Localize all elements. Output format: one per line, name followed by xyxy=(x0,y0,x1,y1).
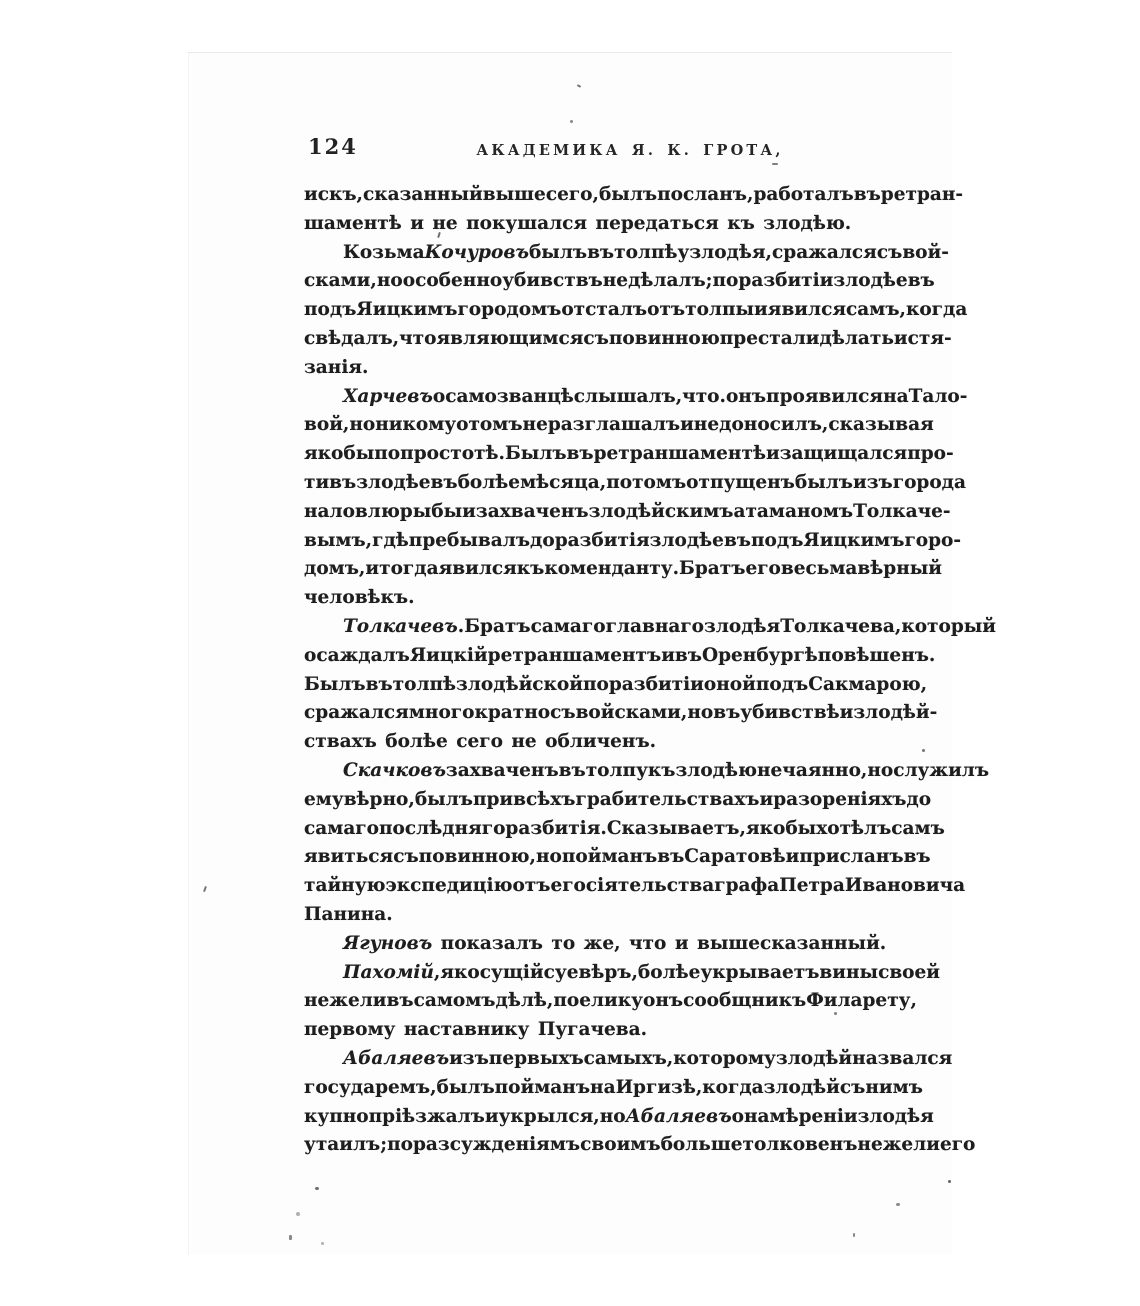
scan-speck xyxy=(922,749,925,752)
text-line: нежеливъсамомъдѣлѣ,поеликуонъсообщникъФи… xyxy=(304,987,906,1016)
word: самыхъ, xyxy=(584,1045,674,1074)
word: Сказываетъ, xyxy=(607,815,746,844)
word: особенно xyxy=(403,267,502,296)
word: покушался xyxy=(466,213,587,234)
text-line: ствахъ болѣе сего не обличенъ. xyxy=(304,728,906,757)
text-line: якобыпопростотѣ.Былъвъретраншаментѣизащи… xyxy=(304,440,906,469)
word: своей xyxy=(878,959,940,988)
scan-speck xyxy=(203,886,207,892)
word: его xyxy=(745,555,780,584)
word: послѣдняго xyxy=(379,815,505,844)
word: толпѣ xyxy=(614,239,677,268)
word: у xyxy=(678,239,690,268)
word: Козьма xyxy=(343,239,425,268)
text-line: Харчевъосамозванцѣслышалъ,что.онъпроявил… xyxy=(304,383,906,412)
word: ретран- xyxy=(881,181,963,210)
word: и xyxy=(485,1103,499,1132)
word: не xyxy=(694,411,719,440)
word: всѣхъ xyxy=(513,786,575,815)
word: былъ xyxy=(599,181,657,210)
word: въ xyxy=(567,440,594,469)
word: разбитія xyxy=(555,527,650,556)
word: Абаляевъ xyxy=(343,1045,449,1074)
word: съ xyxy=(877,239,902,268)
paragraph: КозьмаКочуровъбылъвътолпѣузлодѣя,сражалс… xyxy=(304,239,906,383)
word: явился xyxy=(768,296,846,325)
text-line: искъ,сказанныйвышесего,былъпосланъ,работ… xyxy=(304,181,906,210)
word: проявился xyxy=(766,383,883,412)
word: искъ, xyxy=(304,181,363,210)
word: защищался xyxy=(780,440,908,469)
word: сказанный xyxy=(363,181,483,210)
word: Скачковъ xyxy=(343,757,446,786)
word: намѣреніи xyxy=(744,1103,858,1132)
text-line: БылъвътолпѣзлодѣйскойпоразбитіионойподъС… xyxy=(304,671,906,700)
word: злодѣевъ xyxy=(356,469,457,498)
word: Кочуровъ xyxy=(425,239,529,268)
word: въ xyxy=(657,843,684,872)
word: поелику xyxy=(553,987,643,1016)
word: въ xyxy=(675,642,702,671)
word: Пахомій, xyxy=(343,959,440,988)
scan-speck xyxy=(948,1180,951,1183)
scanned-book-page: 124 АКАДЕМИКА Я. К. ГРОТА, искъ,сказанны… xyxy=(0,0,1140,1306)
word: толпѣ xyxy=(393,671,456,700)
word: отпущенъ xyxy=(686,469,795,498)
word: нежели xyxy=(304,987,387,1016)
word: Абаляевъ xyxy=(626,1103,732,1132)
text-block: искъ,сказанныйвышесего,былъпосланъ,работ… xyxy=(304,181,906,1160)
word: болѣе xyxy=(385,731,448,752)
word: Былъ xyxy=(304,671,366,700)
word: въ xyxy=(713,699,740,728)
word: злодѣевъ xyxy=(833,267,934,296)
text-line: подъЯицкимъгородомъотсталъотътолпыиявилс… xyxy=(304,296,906,325)
word: отсталъ xyxy=(561,296,647,325)
text-line: вымъ,гдѣпребывалъдоразбитіязлодѣевъподъЯ… xyxy=(304,527,906,556)
word: но xyxy=(536,843,562,872)
word: явиться xyxy=(304,843,393,872)
word: Сакмарою, xyxy=(808,671,927,700)
word: что xyxy=(629,933,666,954)
word: самаго xyxy=(531,613,606,642)
word: по xyxy=(387,1131,413,1160)
word: пребывалъ xyxy=(409,527,530,556)
word: съ xyxy=(583,325,608,354)
word: Филарету, xyxy=(806,987,917,1016)
paragraph: Толкачевъ.БратъсамагоглавнагозлодѣяТолка… xyxy=(304,613,906,757)
word: города xyxy=(893,469,966,498)
word: слышалъ, xyxy=(574,383,682,412)
word: вой, xyxy=(304,411,349,440)
scan-speck xyxy=(577,84,581,88)
word: не xyxy=(511,731,536,752)
word: ему xyxy=(304,786,344,815)
word: пойманъ xyxy=(495,1074,590,1103)
word: злодѣю. xyxy=(763,213,851,234)
word: Саратовѣ xyxy=(684,843,785,872)
word: купно xyxy=(304,1103,369,1132)
word: пріѣзжалъ xyxy=(369,1103,485,1132)
word: самомъ xyxy=(414,987,496,1016)
word: убивствѣ xyxy=(740,699,839,728)
word: вышесказанный. xyxy=(697,933,886,954)
word: присланъ xyxy=(799,843,903,872)
text-line: домъ,итогдаявилсякъкоменданту.Братъегове… xyxy=(304,555,906,584)
word: нимъ xyxy=(865,1074,923,1103)
text-line: первому наставнику Пугачева. xyxy=(304,1016,906,1045)
word: Яицкимъ xyxy=(356,296,457,325)
word: мѣсяца, xyxy=(520,469,606,498)
word: сіятельства xyxy=(586,872,714,901)
word: ловлю xyxy=(330,498,400,527)
word: Петра xyxy=(779,872,845,901)
text-line: человѣкъ. xyxy=(304,584,906,613)
scan-speck xyxy=(834,1012,837,1015)
word: экспедицію xyxy=(386,872,513,901)
word: служилъ xyxy=(893,757,989,786)
word: разореніяхъ xyxy=(773,786,906,815)
word: государемъ, xyxy=(304,1074,437,1103)
text-line: сражалсямногократносъвойсками,новъубивст… xyxy=(304,699,906,728)
paragraph: Абаляевъизъпервыхъсамыхъ,которомузлодѣйн… xyxy=(304,1045,906,1160)
word: съ xyxy=(393,843,418,872)
word: и xyxy=(840,699,854,728)
word: которому xyxy=(673,1045,776,1074)
word: Иргизѣ, xyxy=(616,1074,703,1103)
word: вой- xyxy=(902,239,949,268)
word: ствахъ xyxy=(304,731,377,752)
word: и xyxy=(754,296,768,325)
word: былъ xyxy=(529,239,587,268)
word: хотѣлъ xyxy=(816,815,891,844)
word: Ивановича xyxy=(845,872,965,901)
paragraph: Скачковъзахваченъвътолпукъзлодѣюнечаянно… xyxy=(304,757,906,930)
word: былъ xyxy=(795,469,853,498)
word: показалъ xyxy=(441,933,543,954)
word: толпу xyxy=(586,757,648,786)
word: и xyxy=(410,213,424,234)
word: до xyxy=(906,786,931,815)
word: по xyxy=(374,440,400,469)
word: человѣкъ. xyxy=(304,587,415,608)
word: коменданту. xyxy=(544,555,679,584)
word: ретраншаментѣ xyxy=(594,440,766,469)
word: на xyxy=(883,383,909,412)
word: онъ xyxy=(726,383,766,412)
word: своимъ xyxy=(580,1131,660,1160)
word: якобы xyxy=(746,815,816,844)
word: первыхъ xyxy=(489,1045,584,1074)
word: не xyxy=(603,267,628,296)
word: съ xyxy=(550,699,575,728)
word: подъ xyxy=(756,671,808,700)
text-line: самагопослѣднягоразбитія.Сказываетъ,якоб… xyxy=(304,815,906,844)
word: Толкачева, xyxy=(780,613,901,642)
word: злодѣю xyxy=(675,757,757,786)
text-line: Толкачевъ.БратъсамагоглавнагозлодѣяТолка… xyxy=(304,613,906,642)
word: же, xyxy=(584,933,621,954)
word: больше xyxy=(661,1131,743,1160)
word: съ xyxy=(840,1074,865,1103)
word: къ xyxy=(648,757,676,786)
word: передаться xyxy=(596,213,719,234)
word: яко xyxy=(440,959,479,988)
word: до xyxy=(530,527,555,556)
word: но xyxy=(349,411,375,440)
word: сущій xyxy=(480,959,544,988)
word: и xyxy=(759,786,773,815)
word: отъ xyxy=(647,296,685,325)
word: нечаянно, xyxy=(757,757,867,786)
word: вѣрно, xyxy=(344,786,415,815)
word: самозванцѣ xyxy=(445,383,574,412)
word: вымъ, xyxy=(304,527,372,556)
scan-speck xyxy=(772,163,778,165)
word: сражался xyxy=(772,239,877,268)
word: подъ xyxy=(751,527,803,556)
word: сего, xyxy=(546,181,599,210)
word: наставнику xyxy=(404,1019,530,1040)
text-line: явитьсясъповинною,нопойманъвъСаратовѣипр… xyxy=(304,843,906,872)
word: обличенъ. xyxy=(545,731,656,752)
word: что xyxy=(399,325,436,354)
running-head: АКАДЕМИКА Я. К. ГРОТА, xyxy=(328,142,932,159)
word: отъ xyxy=(512,872,550,901)
word: утаилъ; xyxy=(304,1131,387,1160)
word: посланъ, xyxy=(657,181,753,210)
word: сказывая xyxy=(828,411,933,440)
word: Яицкій xyxy=(410,642,488,671)
word: и xyxy=(786,843,800,872)
word: шаментѣ xyxy=(304,213,402,234)
word: злодѣй- xyxy=(853,699,937,728)
word: грабительствахъ xyxy=(576,786,760,815)
word: домъ, xyxy=(304,555,365,584)
word: въ xyxy=(904,843,931,872)
word: Тало- xyxy=(909,383,968,412)
text-line: свѣдалъ,чтоявляющимсясъповинноюпресталид… xyxy=(304,325,906,354)
word: Братъ xyxy=(679,555,745,584)
word: и xyxy=(766,440,780,469)
text-line: купнопріѣзжалъиукрылся,ноАбаляевъонамѣре… xyxy=(304,1103,906,1132)
word: Толкаче- xyxy=(853,498,951,527)
word: и xyxy=(680,411,694,440)
word: злодѣевъ xyxy=(650,527,751,556)
scan-speck xyxy=(315,1187,319,1190)
word: злодѣйской xyxy=(456,671,583,700)
word: Былъ xyxy=(505,440,567,469)
scan-speck xyxy=(321,1242,324,1245)
word: дѣлалъ; xyxy=(628,267,712,296)
word: и xyxy=(675,933,689,954)
word: потомъ xyxy=(606,469,686,498)
text-line: Панина. xyxy=(304,901,906,930)
word: Яицкимъ xyxy=(803,527,904,556)
word: изъ xyxy=(853,469,893,498)
word: Оренбургѣ xyxy=(702,642,818,671)
word: суевѣръ, xyxy=(544,959,638,988)
word: сего xyxy=(456,731,503,752)
word: вѣрный xyxy=(857,555,942,584)
word: укрылся, xyxy=(499,1103,600,1132)
word: злодѣя xyxy=(858,1103,934,1132)
word: то xyxy=(551,933,575,954)
scan-speck xyxy=(896,1203,900,1206)
word: разбитіи xyxy=(609,671,704,700)
paragraph: Пахомій,якосущійсуевѣръ,болѣеукрываетъви… xyxy=(304,959,906,1045)
word: въ xyxy=(559,757,586,786)
word: первому xyxy=(304,1019,395,1040)
text-line: Абаляевъизъпервыхъсамыхъ,которомузлодѣйн… xyxy=(304,1045,906,1074)
word: престали xyxy=(720,325,820,354)
text-line: шаментѣ и не покушался передаться къ зло… xyxy=(304,210,906,239)
word: подъ xyxy=(304,296,356,325)
word: при xyxy=(473,786,513,815)
word: самъ, xyxy=(846,296,906,325)
word: но xyxy=(867,757,893,786)
text-line: тивъзлодѣевъболѣемѣсяца,потомъотпущенъбы… xyxy=(304,469,906,498)
word: и xyxy=(661,642,675,671)
word: къ xyxy=(727,213,755,234)
word: являющимся xyxy=(436,325,583,354)
word: повинною xyxy=(609,325,720,354)
word: весьма xyxy=(781,555,858,584)
word: гдѣ xyxy=(372,527,409,556)
word: въ xyxy=(366,671,393,700)
word: въ xyxy=(854,181,881,210)
paragraph: Ягуновъ показалъ то же, что и вышесказан… xyxy=(304,930,906,959)
word: захваченъ xyxy=(446,757,559,786)
word: простотѣ. xyxy=(400,440,505,469)
word: истя- xyxy=(894,325,952,354)
word: его xyxy=(940,1131,975,1160)
word: дѣлать xyxy=(819,325,893,354)
word: Пугачева. xyxy=(538,1019,647,1040)
word: графа xyxy=(714,872,779,901)
word: что. xyxy=(682,383,726,412)
word: болѣе xyxy=(638,959,701,988)
word: онъ xyxy=(643,987,683,1016)
word: на xyxy=(590,1074,616,1103)
word: но xyxy=(377,267,403,296)
word: атаманомъ xyxy=(733,498,853,527)
word: разбитія. xyxy=(505,815,606,844)
word: войсками, xyxy=(576,699,688,728)
text-line: емувѣрно,былъпривсѣхъграбительствахъираз… xyxy=(304,786,906,815)
word: и xyxy=(462,498,476,527)
word: Толкачевъ. xyxy=(343,613,464,642)
word: доносилъ, xyxy=(719,411,828,440)
word: самъ xyxy=(891,815,945,844)
word: Харчевъ xyxy=(343,383,433,412)
word: былъ xyxy=(415,786,473,815)
word: когда xyxy=(702,1074,763,1103)
word: о xyxy=(456,411,468,440)
text-line: занія. xyxy=(304,354,906,383)
word: но xyxy=(600,1103,626,1132)
word: дѣлѣ, xyxy=(496,987,554,1016)
paragraph: искъ,сказанныйвышесего,былъпосланъ,работ… xyxy=(304,181,906,239)
scan-speck xyxy=(296,1212,300,1216)
word: въ xyxy=(587,239,614,268)
word: свѣдалъ, xyxy=(304,325,399,354)
word: выше xyxy=(483,181,546,210)
word: убивствъ xyxy=(502,267,603,296)
word: осаждалъ xyxy=(304,642,410,671)
word: городомъ xyxy=(457,296,561,325)
text-line: наловлюрыбыизахваченъзлодѣйскимъатаманом… xyxy=(304,498,906,527)
word: тогда xyxy=(379,555,438,584)
text-line: КозьмаКочуровъбылъвътолпѣузлодѣя,сражалс… xyxy=(304,239,906,268)
word: оной xyxy=(704,671,756,700)
word: ретраншаментъ xyxy=(488,642,662,671)
word: и xyxy=(365,555,379,584)
text-line: вой,ноникомуотомънеразглашалъинедоносилъ… xyxy=(304,411,906,440)
word: злодѣя xyxy=(704,613,780,642)
word: разсужденіямъ xyxy=(413,1131,580,1160)
page-surface: 124 АКАДЕМИКА Я. К. ГРОТА, искъ,сказанны… xyxy=(188,52,952,1255)
word: тивъ xyxy=(304,469,356,498)
text-line: утаилъ;поразсужденіямъсвоимъбольшетолков… xyxy=(304,1131,906,1160)
word: въ xyxy=(387,987,414,1016)
word: Панина. xyxy=(304,904,393,925)
word: разглашалъ xyxy=(548,411,680,440)
word: сражался xyxy=(304,699,409,728)
scan-speck xyxy=(289,1235,292,1240)
word: злодѣй xyxy=(776,1045,852,1074)
word: злодѣя, xyxy=(689,239,772,268)
word: сками, xyxy=(304,267,377,296)
word: вины xyxy=(819,959,878,988)
word: злодѣй xyxy=(764,1074,840,1103)
word: повинною, xyxy=(419,843,536,872)
word: пойманъ xyxy=(562,843,657,872)
word: главнаго xyxy=(606,613,704,642)
text-line: Скачковъзахваченъвътолпукъзлодѣюнечаянно… xyxy=(304,757,906,786)
word: не xyxy=(523,411,548,440)
word: горо- xyxy=(904,527,961,556)
word: нежели xyxy=(857,1131,940,1160)
word: никому xyxy=(375,411,456,440)
word: по xyxy=(713,267,739,296)
text-line: Ягуновъ показалъ то же, что и вышесказан… xyxy=(304,930,906,959)
word: Ягуновъ xyxy=(343,933,432,954)
word: о xyxy=(732,1103,744,1132)
word: но xyxy=(687,699,713,728)
word: къ xyxy=(517,555,545,584)
word: занія. xyxy=(304,357,368,378)
word: на xyxy=(304,498,330,527)
word: томъ xyxy=(468,411,522,440)
scan-speck xyxy=(570,120,573,123)
word: тайную xyxy=(304,872,386,901)
word: изъ xyxy=(449,1045,489,1074)
word: работалъ xyxy=(753,181,853,210)
word: толковенъ xyxy=(743,1131,858,1160)
word: его xyxy=(550,872,585,901)
word: не xyxy=(432,213,457,234)
word: толпы xyxy=(685,296,754,325)
word: Братъ xyxy=(464,613,530,642)
word: назвался xyxy=(852,1045,952,1074)
word: самаго xyxy=(304,815,379,844)
word: болѣе xyxy=(458,469,521,498)
word: явился xyxy=(439,555,517,584)
word: повѣшенъ. xyxy=(818,642,936,671)
word: по xyxy=(583,671,609,700)
text-line: сками,ноособенноубивствънедѣлалъ;поразби… xyxy=(304,267,906,296)
